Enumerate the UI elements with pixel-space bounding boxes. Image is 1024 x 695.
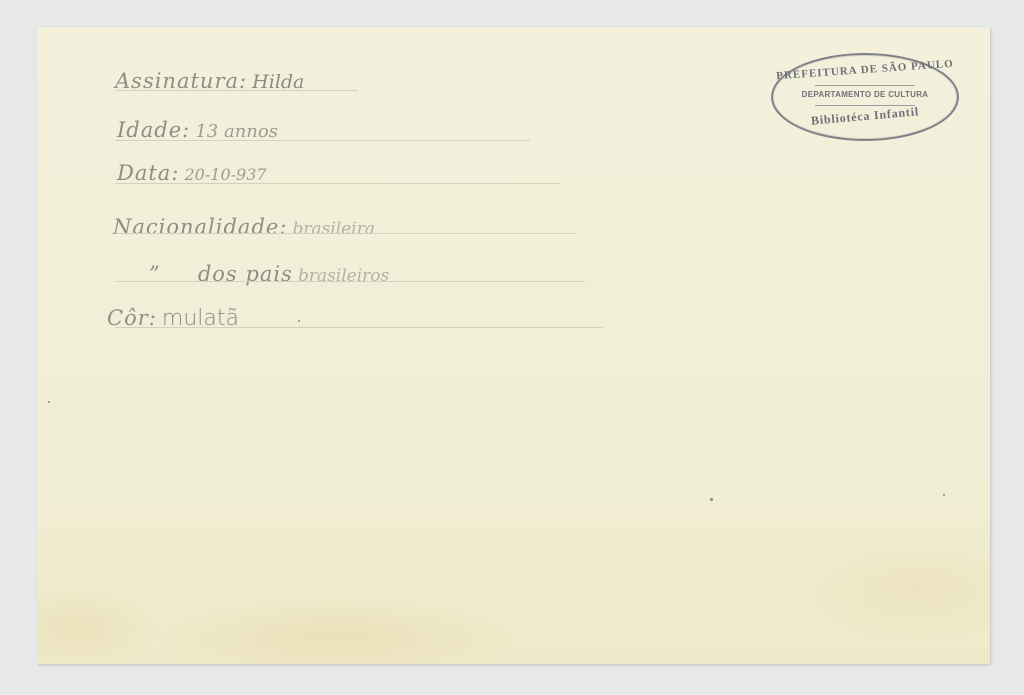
- parents-prefix: dos pais: [198, 262, 293, 286]
- paper-speck: [710, 498, 713, 501]
- age-rule: [115, 140, 530, 141]
- field-parents-nationality: ” dos pais brasileiros: [149, 262, 389, 286]
- color-rule: [115, 327, 603, 328]
- date-rule: [115, 183, 560, 184]
- stamp-middle-text: DEPARTAMENTO DE CULTURA: [773, 90, 957, 99]
- paper-speck: [298, 320, 300, 322]
- stamp-divider-top: [815, 85, 915, 86]
- date-label: Data:: [117, 161, 179, 185]
- paper-speck: [48, 401, 50, 403]
- field-date: Data: 20-10-937: [117, 161, 267, 185]
- field-age: Idade: 13 annos: [117, 118, 278, 142]
- age-value: 13 annos: [195, 121, 278, 142]
- age-label: Idade:: [117, 118, 190, 142]
- library-stamp: PREFEITURA DE SÃO PAULO DEPARTAMENTO DE …: [771, 53, 959, 141]
- nationality-rule: [115, 233, 575, 234]
- nationality-label: Nacionalidade:: [113, 215, 287, 239]
- parents-nationality-value: brasileiros: [298, 266, 389, 286]
- parents-rule: [115, 281, 585, 282]
- signature-rule: [115, 90, 358, 91]
- ditto-mark: ”: [149, 262, 161, 286]
- nationality-value: brasileira: [293, 219, 376, 239]
- field-nationality: Nacionalidade: brasileira: [113, 215, 375, 239]
- paper-speck: [943, 494, 945, 496]
- date-value: 20-10-937: [185, 165, 267, 184]
